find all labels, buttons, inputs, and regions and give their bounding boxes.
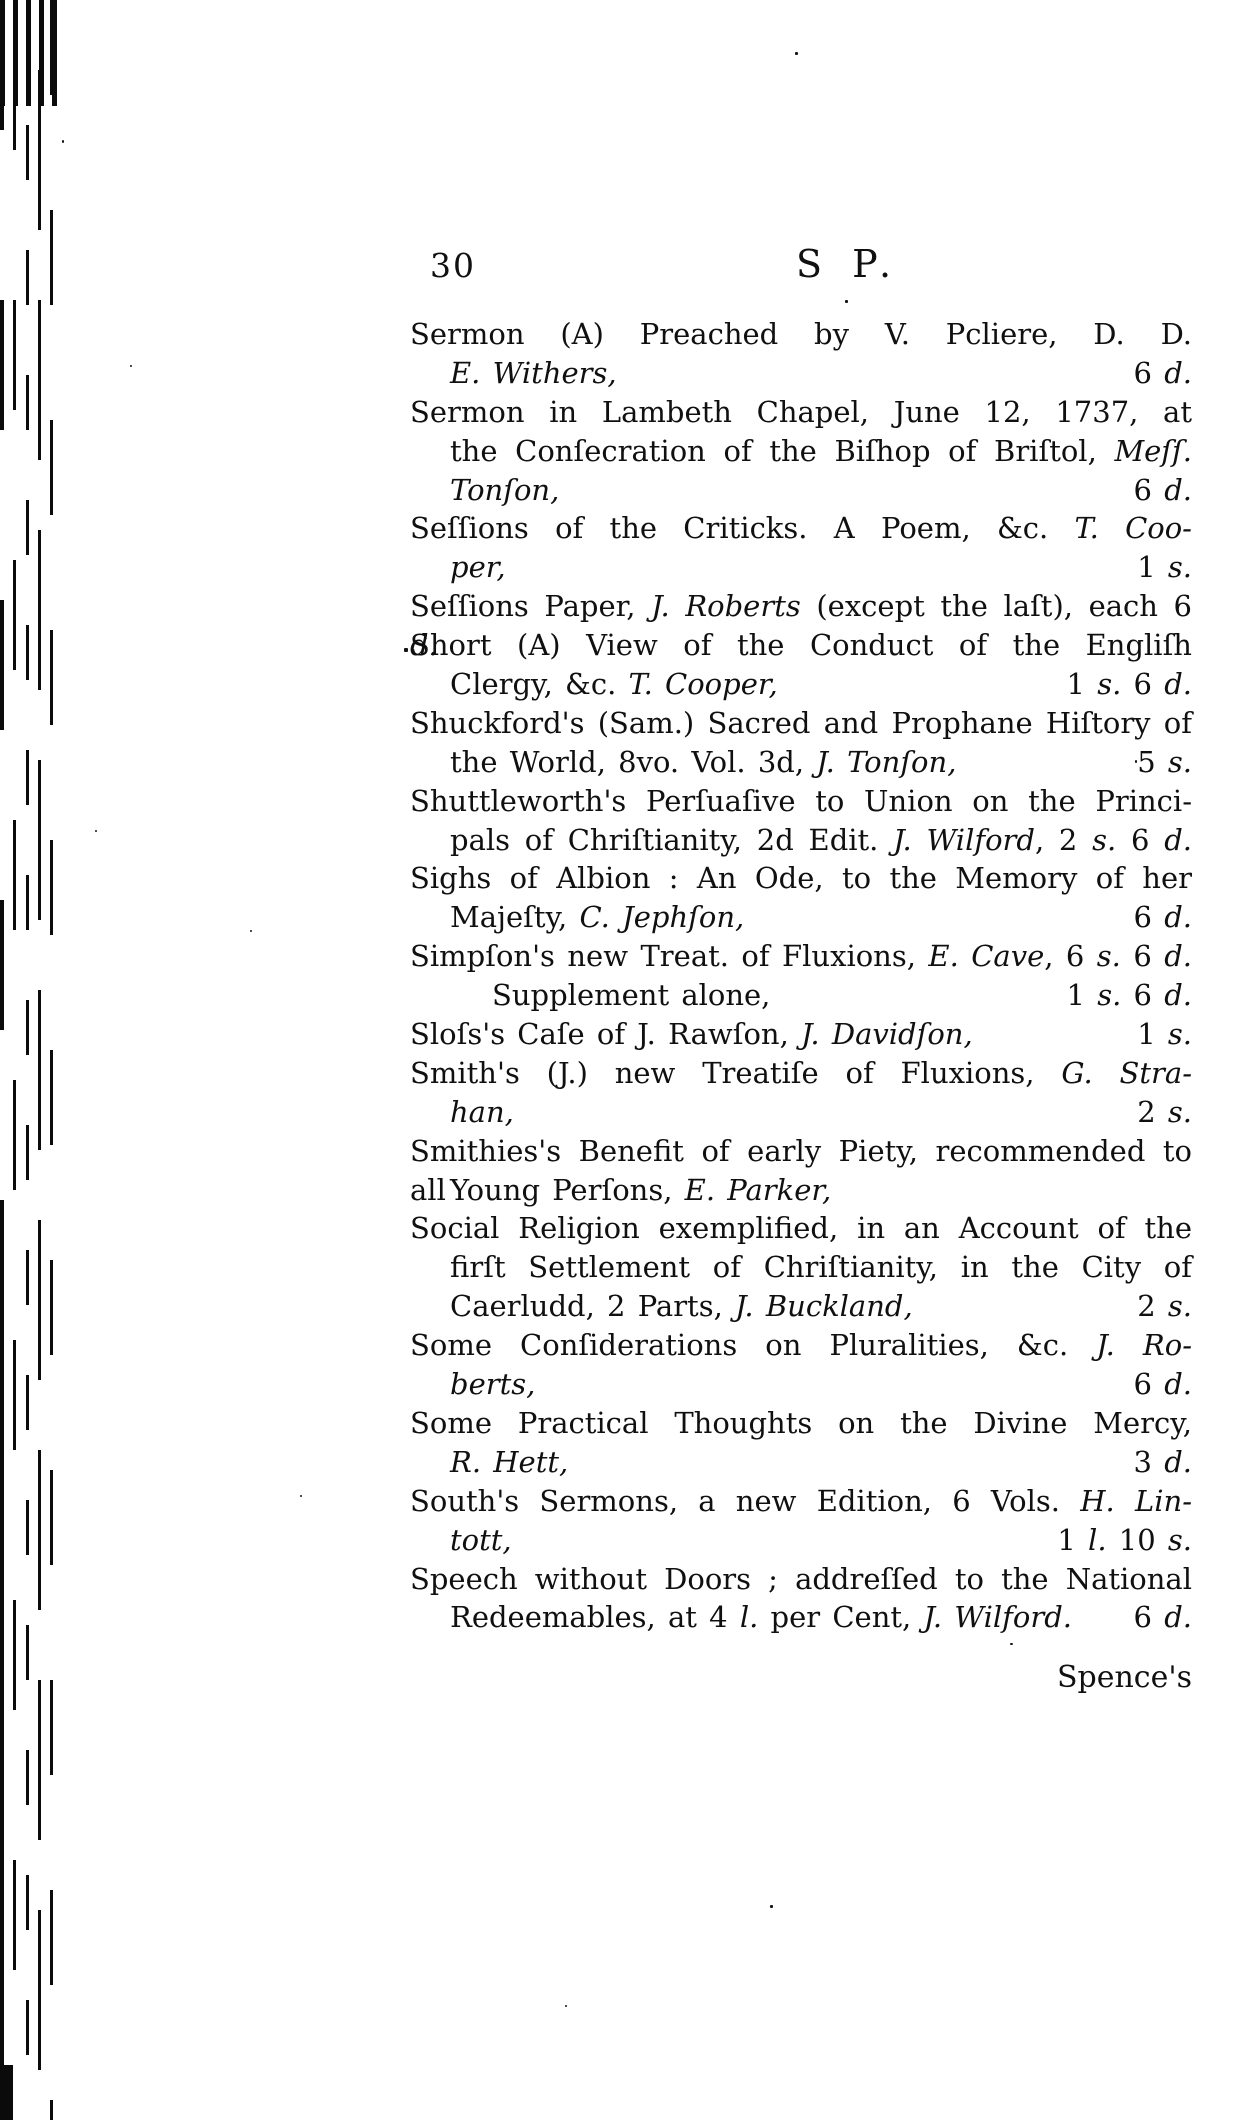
price: 6 d.	[1134, 354, 1192, 393]
entry-text: Short (A) View of the Conduct of the Eng…	[410, 628, 1192, 662]
catalog-entry-line: Simpſon's new Treat. of Fluxions, E. Cav…	[410, 937, 1192, 976]
catalog-entry-line: Clergy, &c. T. Cooper,1 s. 6 d.	[410, 665, 1192, 704]
catalog-entry-line: Smith's (J.) new Treatiſe of Fluxions, G…	[410, 1054, 1192, 1093]
publisher-name: E. Withers,	[450, 356, 617, 390]
price-segment: 1	[1067, 978, 1098, 1012]
publisher-name: E. Cave	[928, 939, 1044, 973]
catalog-list: Sermon (A) Preached by V. Pcliere, D. D.…	[410, 315, 1192, 1637]
text-segment: Seſſions Paper,	[410, 589, 651, 623]
catalog-entry-line: pals of Chriſtianity, 2d Edit. J. Wilfor…	[410, 821, 1192, 860]
price-segment: 2	[1137, 1095, 1168, 1129]
entry-text: berts,	[450, 1365, 535, 1404]
price-segment: 1	[1057, 1523, 1088, 1557]
catalog-entry-line: South's Sermons, a new Edition, 6 Vols. …	[410, 1482, 1192, 1521]
entry-text: Simpſon's new Treat. of Fluxions, E. Cav…	[410, 939, 1192, 973]
text-segment: Clergy, &c.	[450, 667, 629, 701]
text-segment: Supplement alone,	[492, 978, 770, 1012]
price-segment: 5	[1137, 745, 1168, 779]
catalog-entry-line: Shuckford's (Sam.) Sacred and Prophane H…	[410, 704, 1192, 743]
publisher-name: tott,	[450, 1523, 512, 1557]
price-segment: 6	[1121, 667, 1164, 701]
entry-text: Sloſs's Caſe of J. Rawſon, J. Davidſon,	[410, 1015, 973, 1054]
catalog-entry-line: Shuttleworth's Perſuaſive to Union on th…	[410, 782, 1192, 821]
scan-noise-dot	[250, 930, 252, 932]
price-segment: s.	[1097, 978, 1121, 1012]
price-segment: d.	[1164, 667, 1192, 701]
price-segment: d.	[1164, 473, 1192, 507]
price: 1 s.	[1137, 1015, 1192, 1054]
entry-text: R. Hett,	[450, 1443, 568, 1482]
catalog-entry-line: firſt Settlement of Chriſtianity, in the…	[410, 1248, 1192, 1287]
entry-text: Shuckford's (Sam.) Sacred and Prophane H…	[410, 706, 1192, 740]
price: 6 d.	[1134, 1598, 1192, 1637]
publisher-name: J. Roberts	[651, 589, 801, 623]
price: 1 s.	[1137, 548, 1192, 587]
entry-text: Social Religion exemplified, in an Accou…	[410, 1211, 1192, 1245]
catalog-entry-line: Short (A) View of the Conduct of the Eng…	[410, 626, 1192, 665]
text-segment: Social Religion exemplified, in an Accou…	[410, 1211, 1192, 1245]
catalog-entry-line: berts,6 d.	[410, 1365, 1192, 1404]
scan-noise-dot	[565, 2005, 567, 2007]
text-segment: Simpſon's new Treat. of Fluxions,	[410, 939, 928, 973]
price: 6 d.	[1134, 471, 1192, 510]
price-segment: l.	[1088, 1523, 1107, 1557]
catalog-entry-line: Supplement alone,1 s. 6 d.	[410, 976, 1192, 1015]
scan-noise-dot	[95, 830, 97, 832]
scan-artifact-blob	[0, 2065, 13, 2120]
catalog-entry-line: Social Religion exemplified, in an Accou…	[410, 1209, 1192, 1248]
price-segment: s.	[1097, 667, 1121, 701]
scan-artifact-line	[50, 0, 53, 2120]
entry-text: tott,	[450, 1521, 512, 1560]
price-segment: 6	[1134, 356, 1165, 390]
price: 6 d.	[1134, 1365, 1192, 1404]
text-segment: Seſſions of the Criticks. A Poem, &c.	[410, 511, 1075, 545]
publisher-name: T. Coo-	[1075, 511, 1192, 545]
price-segment: d.	[1164, 900, 1192, 934]
catalog-entry-line: Redeemables, at 4 l. per Cent, J. Wilfor…	[410, 1598, 1192, 1637]
scan-noise-dot	[62, 140, 64, 143]
price-segment: d.	[1164, 1600, 1192, 1634]
text-segment: Sloſs's Caſe of J. Rawſon,	[410, 1017, 801, 1051]
text-segment: Sermon (A) Preached by V. Pcliere, D. D.	[410, 317, 1192, 351]
price-segment: 1	[1067, 667, 1098, 701]
catchword: Spence's	[410, 1660, 1192, 1695]
catalog-entry-line: per,1 s.	[410, 548, 1192, 587]
publisher-name: J. Davidſon,	[801, 1017, 973, 1051]
entry-text: Clergy, &c. T. Cooper,	[450, 665, 778, 704]
price: 1 s. 6 d.	[1067, 976, 1192, 1015]
price-segment: 6	[1134, 1367, 1165, 1401]
text-segment: Some Practical Thoughts on the Divine Me…	[410, 1406, 1192, 1440]
entry-text: Seſſions of the Criticks. A Poem, &c. T.…	[410, 511, 1192, 545]
entry-text: Supplement alone,	[492, 976, 770, 1015]
price-segment: 6	[1134, 900, 1165, 934]
price: 2 s.	[1137, 1287, 1192, 1326]
price-segment: 10	[1107, 1523, 1168, 1557]
entry-text: Young Perſons, E. Parker,	[450, 1173, 831, 1207]
publisher-name: J. Tonſon,	[816, 745, 956, 779]
text-segment: Short (A) View of the Conduct of the Eng…	[410, 628, 1192, 662]
catalog-entry-line: han,2 s.	[410, 1093, 1192, 1132]
catalog-entry-line: Caerludd, 2 Parts, J. Buckland,2 s.	[410, 1287, 1192, 1326]
price-segment: s.	[1168, 1017, 1192, 1051]
publisher-name: J. Buckland,	[735, 1289, 913, 1323]
publisher-name: J. Ro-	[1096, 1328, 1192, 1362]
price-segment: s.	[1168, 1095, 1192, 1129]
publisher-name: d.	[1164, 823, 1192, 857]
scanned-book-page: 30 S P. Sermon (A) Preached by V. Pclier…	[0, 0, 1249, 2120]
scan-noise-dot	[130, 365, 132, 367]
price-segment: 6	[1121, 978, 1164, 1012]
text-segment: Majeſty,	[450, 900, 580, 934]
text-segment: , 6	[1044, 939, 1097, 973]
price-segment: 6	[1134, 473, 1165, 507]
price-segment: 6	[1134, 1600, 1165, 1634]
publisher-name: T. Cooper,	[629, 667, 778, 701]
publisher-name: J. Wilford	[893, 823, 1035, 857]
entry-text: Caerludd, 2 Parts, J. Buckland,	[450, 1287, 913, 1326]
publisher-name: s.	[1097, 939, 1121, 973]
entry-text: han,	[450, 1093, 514, 1132]
text-segment: Caerludd, 2 Parts,	[450, 1289, 735, 1323]
entry-text: Speech without Doors ; addreſſed to the …	[410, 1562, 1192, 1596]
price: 2 s.	[1137, 1093, 1192, 1132]
text-segment: 6	[1116, 823, 1164, 857]
text-segment: (except the laſt), each 6	[801, 589, 1192, 623]
price-segment: d.	[1164, 356, 1192, 390]
catalog-entry-line: Young Perſons, E. Parker,	[410, 1171, 1192, 1210]
scan-noise-dot	[1010, 1643, 1013, 1645]
catalog-entry-line: Majeſty, C. Jephſon,6 d.	[410, 898, 1192, 937]
price-segment: s.	[1168, 550, 1192, 584]
catalog-entry-line: Some Conſiderations on Pluralities, &c. …	[410, 1326, 1192, 1365]
page-header: 30 S P.	[410, 242, 1192, 290]
catalog-entry-line: Sermon (A) Preached by V. Pcliere, D. D.	[410, 315, 1192, 354]
text-segment: Sermon in Lambeth Chapel, June 12, 1737,…	[410, 395, 1192, 429]
publisher-name: berts,	[450, 1367, 535, 1401]
text-segment: Speech without Doors ; addreſſed to the …	[410, 1562, 1192, 1596]
entry-text: pals of Chriſtianity, 2d Edit. J. Wilfor…	[450, 823, 1192, 857]
entry-text: the World, 8vo. Vol. 3d, J. Tonſon,	[450, 743, 956, 782]
price: 1 s. 6 d.	[1067, 665, 1192, 704]
price-segment: d.	[1164, 1445, 1192, 1479]
price: 5 s.	[1137, 743, 1192, 782]
entry-text: the Conſecration of the Biſhop of Briſto…	[450, 434, 1192, 468]
price: 1 l. 10 s.	[1057, 1521, 1192, 1560]
text-segment: Shuckford's (Sam.) Sacred and Prophane H…	[410, 706, 1192, 740]
price: 6 d.	[1134, 898, 1192, 937]
price: 3 d.	[1134, 1443, 1192, 1482]
entry-text: Sermon (A) Preached by V. Pcliere, D. D.	[410, 317, 1192, 351]
text-segment: Shuttleworth's Perſuaſive to Union on th…	[410, 784, 1192, 818]
publisher-name: J. Wilford.	[923, 1600, 1072, 1634]
publisher-name: Meſſ.	[1114, 434, 1192, 468]
publisher-name: l.	[740, 1600, 759, 1634]
scan-noise-dot	[845, 300, 848, 303]
text-segment: Redeemables, at 4	[450, 1600, 740, 1634]
price-segment: s.	[1168, 745, 1192, 779]
catalog-entry-line: Sermon in Lambeth Chapel, June 12, 1737,…	[410, 393, 1192, 432]
publisher-name: d.	[1164, 939, 1192, 973]
catalog-entry-line: R. Hett,3 d.	[410, 1443, 1192, 1482]
entry-text: Some Conſiderations on Pluralities, &c. …	[410, 1328, 1192, 1362]
text-segment: 6	[1121, 939, 1164, 973]
price-segment: 2	[1137, 1289, 1168, 1323]
scan-artifact-line	[26, 0, 29, 2120]
entry-text: Sighs of Albion : An Ode, to the Memory …	[410, 861, 1192, 895]
catalog-entry-line: Seſſions Paper, J. Roberts (except the l…	[410, 587, 1192, 626]
catalog-entry-line: Tonſon,6 d.	[410, 471, 1192, 510]
text-segment: Sighs of Albion : An Ode, to the Memory …	[410, 861, 1192, 895]
page-number: 30	[430, 246, 476, 285]
scan-artifact-line	[0, 1280, 4, 2120]
text-segment: per Cent,	[758, 1600, 923, 1634]
price-segment: d.	[1164, 1367, 1192, 1401]
scan-noise-dot	[300, 1495, 302, 1497]
text-segment: firſt Settlement of Chriſtianity, in the…	[450, 1250, 1192, 1284]
text-segment: Young Perſons,	[450, 1173, 685, 1207]
text-segment: Smith's (J.) new Treatiſe of Fluxions,	[410, 1056, 1061, 1090]
catalog-entry-line: the World, 8vo. Vol. 3d, J. Tonſon,5 s.	[410, 743, 1192, 782]
publisher-name: R. Hett,	[450, 1445, 568, 1479]
text-segment: the World, 8vo. Vol. 3d,	[450, 745, 816, 779]
entry-text: Sermon in Lambeth Chapel, June 12, 1737,…	[410, 395, 1192, 429]
scan-noise-dot	[795, 52, 798, 55]
price-segment: 3	[1134, 1445, 1165, 1479]
entry-text: Tonſon,	[450, 471, 559, 510]
catalog-entry-line: Sighs of Albion : An Ode, to the Memory …	[410, 859, 1192, 898]
catalog-entry-line: Speech without Doors ; addreſſed to the …	[410, 1560, 1192, 1599]
running-title: S P.	[796, 242, 900, 286]
scan-artifact-line	[38, 0, 41, 2120]
scan-noise-dot	[404, 648, 408, 652]
entry-text: South's Sermons, a new Edition, 6 Vols. …	[410, 1484, 1192, 1518]
entry-text: firſt Settlement of Chriſtianity, in the…	[450, 1250, 1192, 1284]
price-segment: 1	[1137, 550, 1168, 584]
entry-text: Some Practical Thoughts on the Divine Me…	[410, 1406, 1192, 1440]
catalog-entry-line: Smithies's Benefit of early Piety, recom…	[410, 1132, 1192, 1171]
entry-text: Smith's (J.) new Treatiſe of Fluxions, G…	[410, 1056, 1192, 1090]
price-segment: s.	[1168, 1523, 1192, 1557]
catalog-entry-line: Some Practical Thoughts on the Divine Me…	[410, 1404, 1192, 1443]
catalog-entry-line: E. Withers,6 d.	[410, 354, 1192, 393]
publisher-name: s.	[1092, 823, 1116, 857]
text-segment: , 2	[1035, 823, 1092, 857]
entry-text: Redeemables, at 4 l. per Cent, J. Wilfor…	[450, 1598, 1072, 1637]
text-segment: the Conſecration of the Biſhop of Briſto…	[450, 434, 1114, 468]
publisher-name: per,	[450, 550, 506, 584]
entry-text: per,	[450, 548, 506, 587]
publisher-name: G. Stra-	[1061, 1056, 1192, 1090]
price-segment: s.	[1168, 1289, 1192, 1323]
scan-artifact-blob	[0, 0, 58, 106]
scan-artifact-line	[13, 0, 16, 2120]
publisher-name: Tonſon,	[450, 473, 559, 507]
publisher-name: E. Parker,	[685, 1173, 832, 1207]
price-segment: d.	[1164, 978, 1192, 1012]
entry-text: E. Withers,	[450, 354, 617, 393]
entry-text: Majeſty, C. Jephſon,	[450, 898, 744, 937]
text-segment: pals of Chriſtianity, 2d Edit.	[450, 823, 893, 857]
publisher-name: H. Lin-	[1080, 1484, 1192, 1518]
entry-text: Shuttleworth's Perſuaſive to Union on th…	[410, 784, 1192, 818]
text-segment: Some Conſiderations on Pluralities, &c.	[410, 1328, 1096, 1362]
price-segment: 1	[1137, 1017, 1168, 1051]
scan-noise-dot	[770, 1905, 773, 1908]
catalog-entry-line: Sloſs's Caſe of J. Rawſon, J. Davidſon,1…	[410, 1015, 1192, 1054]
publisher-name: han,	[450, 1095, 514, 1129]
catalog-entry-line: the Conſecration of the Biſhop of Briſto…	[410, 432, 1192, 471]
catalog-entry-line: Seſſions of the Criticks. A Poem, &c. T.…	[410, 509, 1192, 548]
publisher-name: C. Jephſon,	[580, 900, 745, 934]
text-segment: South's Sermons, a new Edition, 6 Vols.	[410, 1484, 1080, 1518]
catalog-entry-line: tott,1 l. 10 s.	[410, 1521, 1192, 1560]
